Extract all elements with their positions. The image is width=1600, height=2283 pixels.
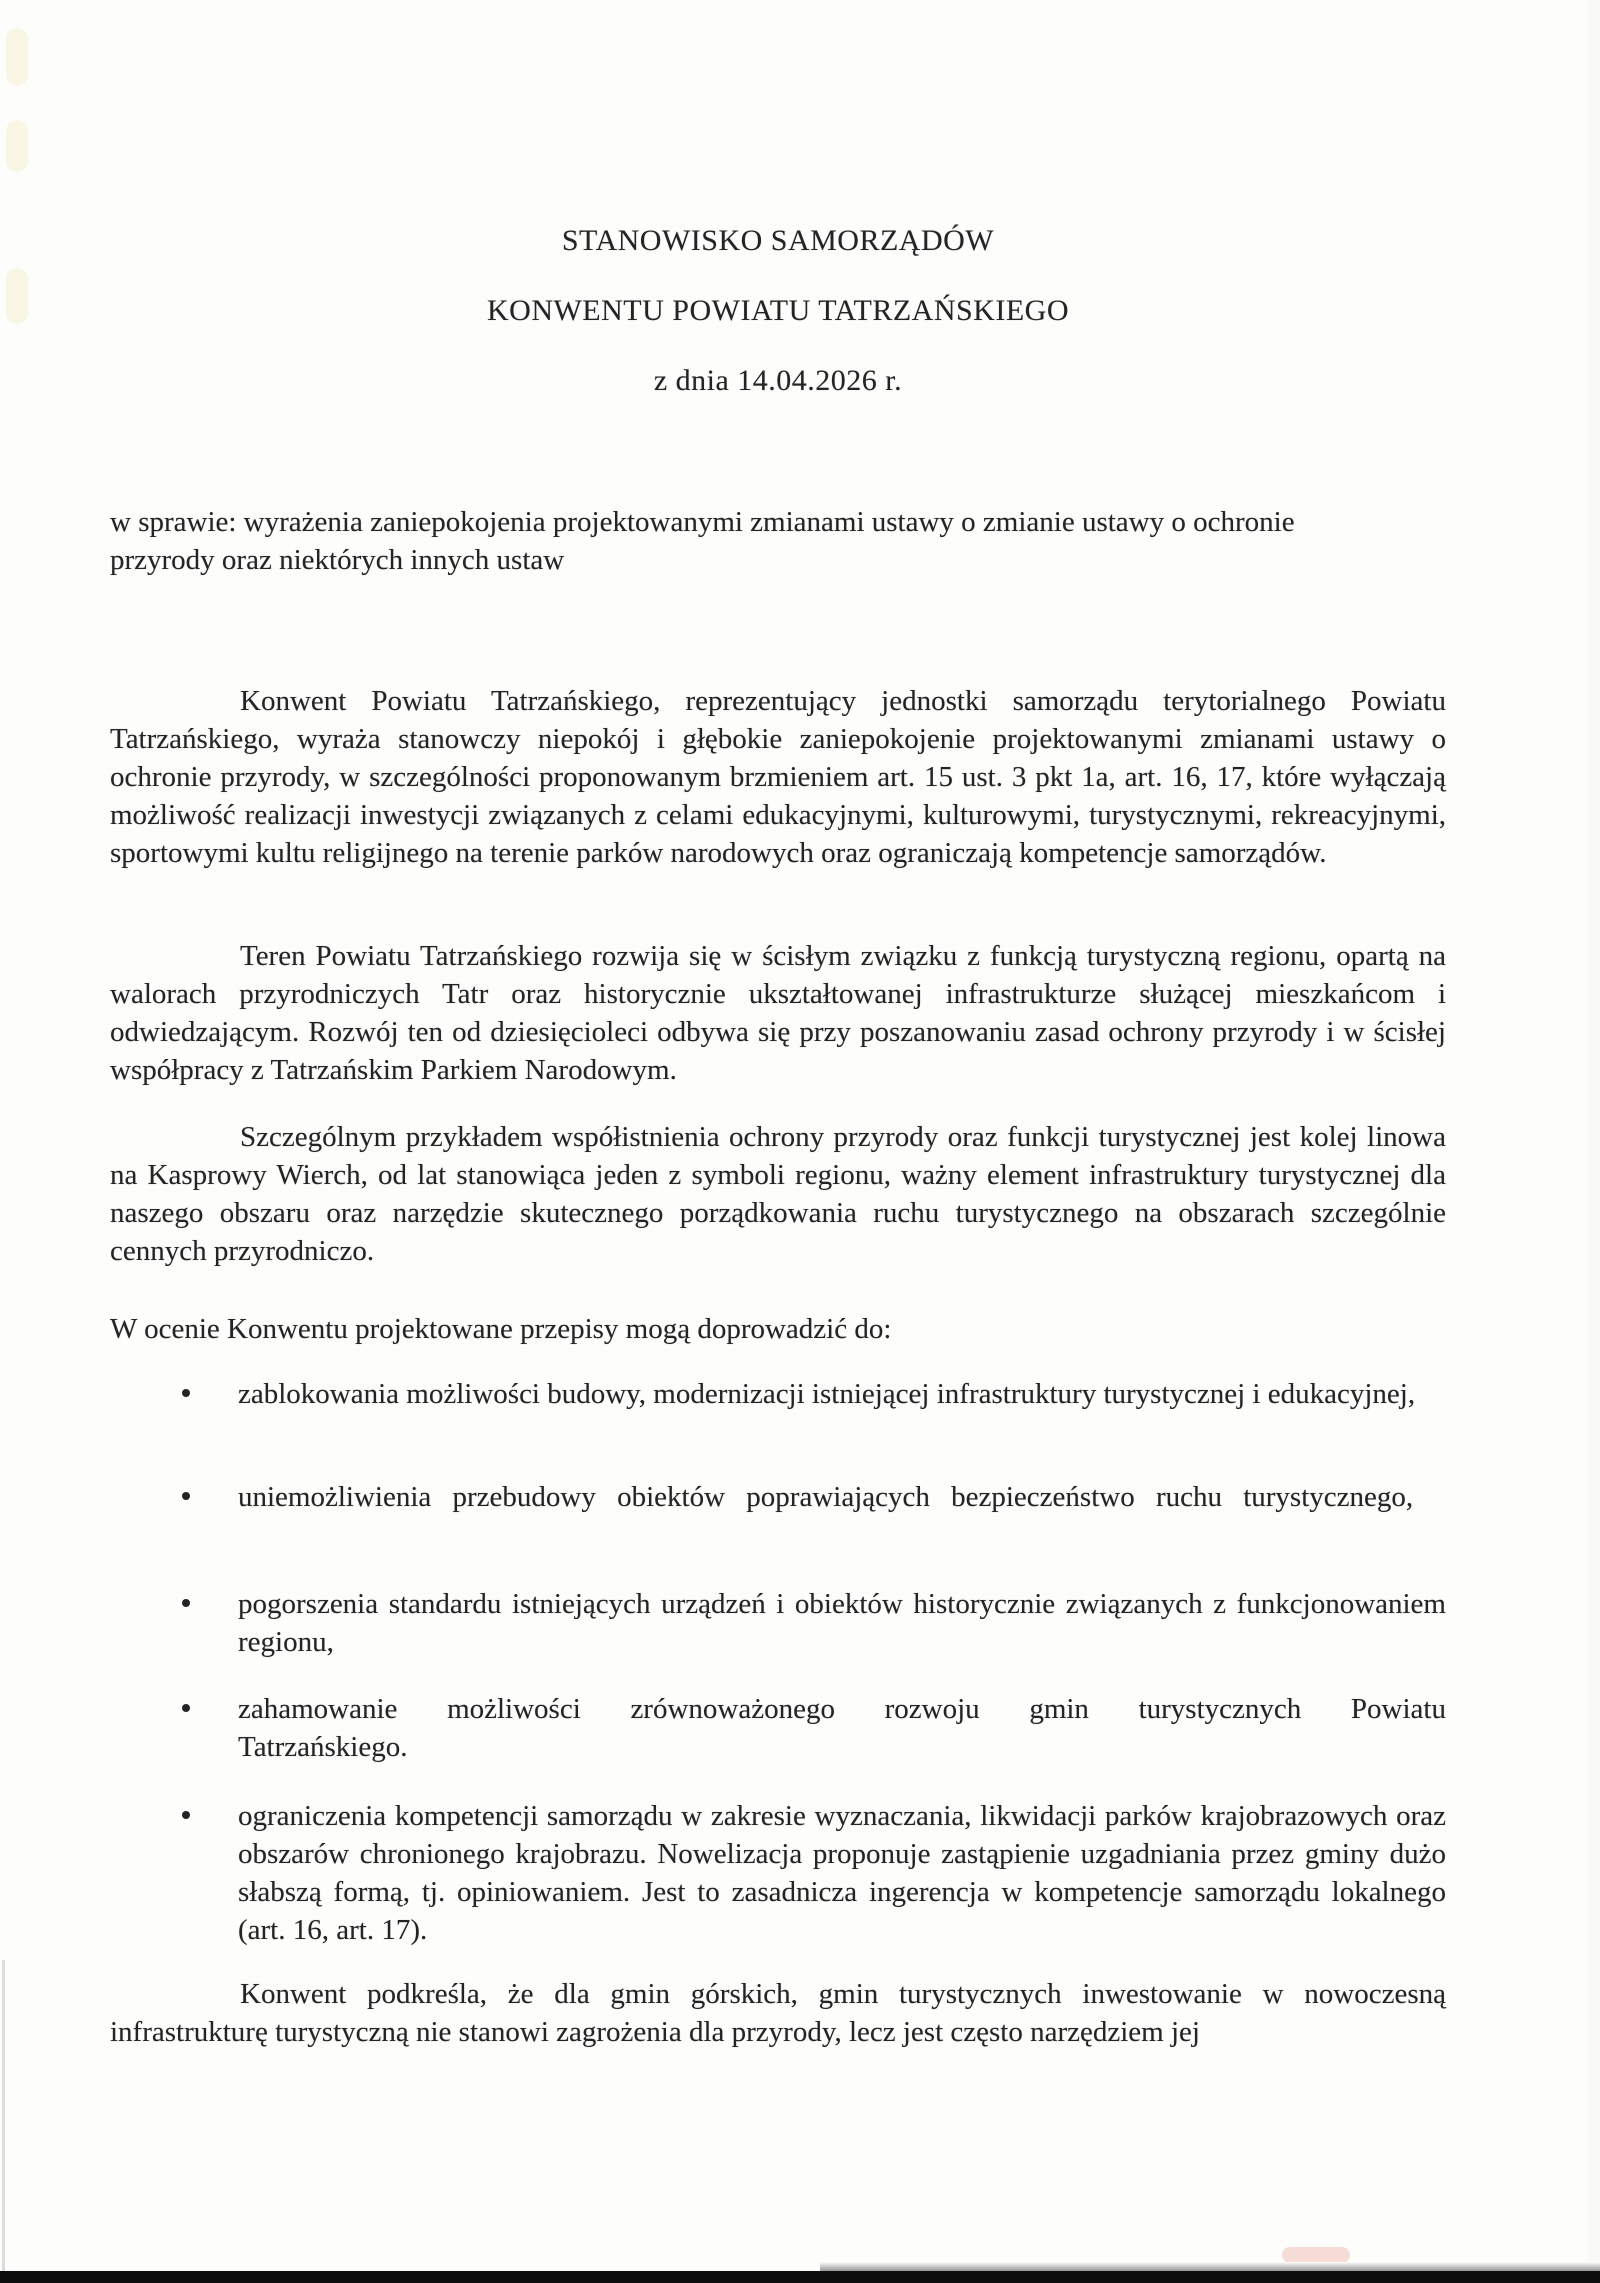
bullet-item-4: zahamowanie możliwości zrównoważonego ro…	[110, 1690, 1446, 1766]
document-page: STANOWISKO SAMORZĄDÓW KONWENTU POWIATU T…	[0, 0, 1600, 2283]
bullet-item-5: ograniczenia kompetencji samorządu w zak…	[110, 1797, 1446, 1949]
closing-paragraph: Konwent podkreśla, że dla gmin górskich,…	[110, 1975, 1446, 2051]
scan-artifact-right-tint	[1588, 0, 1600, 2283]
list-intro: W ocenie Konwentu projektowane przepisy …	[110, 1310, 1446, 1348]
scan-artifact-streak-3	[6, 268, 28, 324]
bullet-item-3: pogorszenia standardu istniejących urząd…	[110, 1585, 1446, 1661]
scan-artifact-left-hairline	[2, 1960, 5, 2283]
bullet-text-3: pogorszenia standardu istniejących urząd…	[238, 1588, 1446, 1658]
body-paragraph-2: Teren Powiatu Tatrzańskiego rozwija się …	[110, 937, 1446, 1089]
scan-artifact-streak-2	[6, 120, 28, 172]
bullet-text-2: uniemożliwienia przebudowy obiektów popr…	[238, 1481, 1413, 1513]
bullet-dot-icon	[182, 1492, 190, 1500]
body-paragraph-1: Konwent Powiatu Tatrzańskiego, reprezent…	[110, 682, 1446, 872]
bullet-item-1: zablokowania możliwości budowy, moderniz…	[110, 1375, 1446, 1413]
document-content: STANOWISKO SAMORZĄDÓW KONWENTU POWIATU T…	[110, 0, 1446, 2283]
bullet-text-5: ograniczenia kompetencji samorządu w zak…	[238, 1800, 1446, 1946]
bullet-dot-icon	[182, 1811, 190, 1819]
bullet-dot-icon	[182, 1704, 190, 1712]
scan-artifact-streak-1	[6, 28, 28, 86]
subject-clause: w sprawie: wyrażenia zaniepokojenia proj…	[110, 503, 1350, 579]
bullet-text-1: zablokowania możliwości budowy, moderniz…	[238, 1378, 1415, 1410]
bullet-item-2: uniemożliwienia przebudowy obiektów popr…	[110, 1478, 1446, 1516]
bullet-dot-icon	[182, 1599, 190, 1607]
document-date: z dnia 14.04.2026 r.	[110, 362, 1446, 400]
document-title-line-2: KONWENTU POWIATU TATRZAŃSKIEGO	[110, 292, 1446, 330]
document-title-line-1: STANOWISKO SAMORZĄDÓW	[110, 222, 1446, 260]
bullet-text-4: zahamowanie możliwości zrównoważonego ro…	[238, 1693, 1446, 1763]
bullet-dot-icon	[182, 1389, 190, 1397]
body-paragraph-3: Szczególnym przykładem współistnienia oc…	[110, 1118, 1446, 1270]
